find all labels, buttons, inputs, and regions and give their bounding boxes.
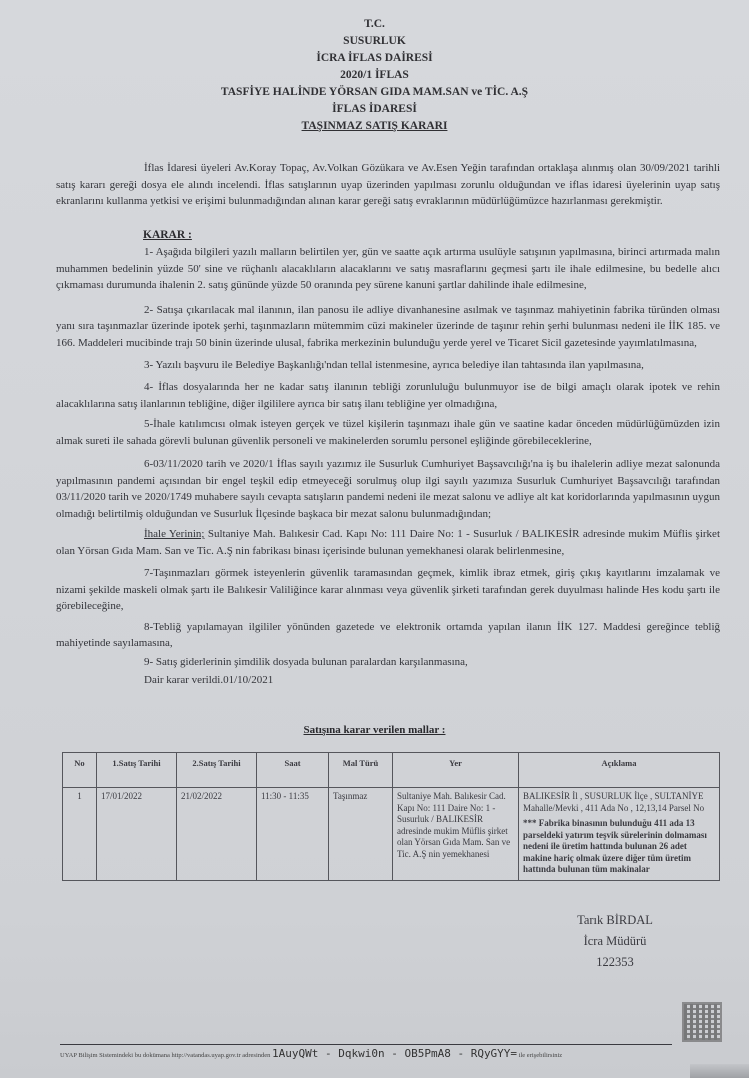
item-6: 6-03/11/2020 tarih ve 2020/1 İflas sayıl… xyxy=(56,456,720,522)
item-5: 5-İhale katılımcısı olmak isteyen gerçek… xyxy=(56,416,720,450)
signatory-id: 122353 xyxy=(540,952,690,973)
col-aciklama: Açıklama xyxy=(519,753,720,788)
aciklama-location: BALIKESİR İl , SUSURLUK İlçe , SULTANİYE… xyxy=(523,791,715,814)
item-9: 9- Satış giderlerinin şimdilik dosyada b… xyxy=(56,654,720,671)
item-2: 2- Satışa çıkarılacak mal ilanının, ilan… xyxy=(56,302,720,352)
document-title: TAŞINMAZ SATIŞ KARARI xyxy=(0,118,749,135)
item-8: 8-Tebliğ yapılamayan ilgililer yönünden … xyxy=(56,619,720,652)
footer-text-end: ile erişebilirsiniz xyxy=(519,1052,563,1059)
header-city: SUSURLUK xyxy=(0,33,749,50)
signature-block: Tarık BİRDAL İcra Müdürü 122353 xyxy=(540,910,690,973)
header-office: İCRA İFLAS DAİRESİ xyxy=(0,50,749,67)
item-4: 4- İflas dosyalarında her ne kadar satış… xyxy=(56,379,720,412)
cell-satis1: 17/01/2022 xyxy=(97,788,177,881)
assets-heading: Satışına karar verilen mallar : xyxy=(0,724,749,736)
decision-items: 1- Aşağıda bilgileri yazılı malların bel… xyxy=(56,244,720,689)
footer-text: UYAP Bilişim Sistemindeki bu dokümana ht… xyxy=(60,1052,270,1059)
item-3: 3- Yazılı başvuru ile Belediye Başkanlığ… xyxy=(56,355,720,375)
col-no: No xyxy=(63,753,97,788)
karar-heading: KARAR : xyxy=(143,229,192,241)
table-row: 1 17/01/2022 21/02/2022 11:30 - 11:35 Ta… xyxy=(63,788,720,881)
item-1: 1- Aşağıda bilgileri yazılı malların bel… xyxy=(56,244,720,294)
signatory-title: İcra Müdürü xyxy=(540,931,690,952)
cell-satis2: 21/02/2022 xyxy=(177,788,257,881)
header-company: TASFİYE HALİNDE YÖRSAN GIDA MAM.SAN ve T… xyxy=(0,84,749,101)
header-tc: T.C. xyxy=(0,16,749,33)
cell-saat: 11:30 - 11:35 xyxy=(257,788,329,881)
col-satis1: 1.Satış Tarihi xyxy=(97,753,177,788)
document-page: T.C. SUSURLUK İCRA İFLAS DAİRESİ 2020/1 … xyxy=(0,0,749,1078)
col-satis2: 2.Satış Tarihi xyxy=(177,753,257,788)
footer-verification: UYAP Bilişim Sistemindeki bu dokümana ht… xyxy=(60,1047,700,1060)
col-mal-turu: Mal Türü xyxy=(329,753,393,788)
intro-paragraph: İflas İdaresi üyeleri Av.Koray Topaç, Av… xyxy=(56,160,720,210)
cell-no: 1 xyxy=(63,788,97,881)
qr-code-icon xyxy=(682,1002,722,1042)
col-saat: Saat xyxy=(257,753,329,788)
cell-mal-turu: Taşınmaz xyxy=(329,788,393,881)
header-case-no: 2020/1 İFLAS xyxy=(0,67,749,84)
col-yer: Yer xyxy=(393,753,519,788)
table-header-row: No 1.Satış Tarihi 2.Satış Tarihi Saat Ma… xyxy=(63,753,720,788)
cell-aciklama: BALIKESİR İl , SUSURLUK İlçe , SULTANİYE… xyxy=(519,788,720,881)
item-7: 7-Taşınmazları görmek isteyenlerin güven… xyxy=(56,565,720,615)
assets-table: No 1.Satış Tarihi 2.Satış Tarihi Saat Ma… xyxy=(62,752,720,881)
aciklama-note: *** Fabrika binasının bulunduğu 411 ada … xyxy=(523,818,715,876)
footer-divider xyxy=(60,1044,672,1045)
verification-code: 1AuyQWt - Dqkwi0n - OB5PmA8 - RQyGYY= xyxy=(272,1047,517,1060)
signatory-name: Tarık BİRDAL xyxy=(540,910,690,931)
header-administration: İFLAS İDARESİ xyxy=(0,101,749,118)
item-ihale-yeri: İhale Yerinin; Sultaniye Mah. Balıkesir … xyxy=(56,526,720,559)
document-header: T.C. SUSURLUK İCRA İFLAS DAİRESİ 2020/1 … xyxy=(0,16,749,135)
cell-yer: Sultaniye Mah. Balıkesir Cad. Kapı No: 1… xyxy=(393,788,519,881)
ihale-label: İhale Yerinin; xyxy=(144,528,205,540)
page-edge-shadow xyxy=(690,1064,749,1078)
decision-date: Dair karar verildi.01/10/2021 xyxy=(56,672,720,689)
